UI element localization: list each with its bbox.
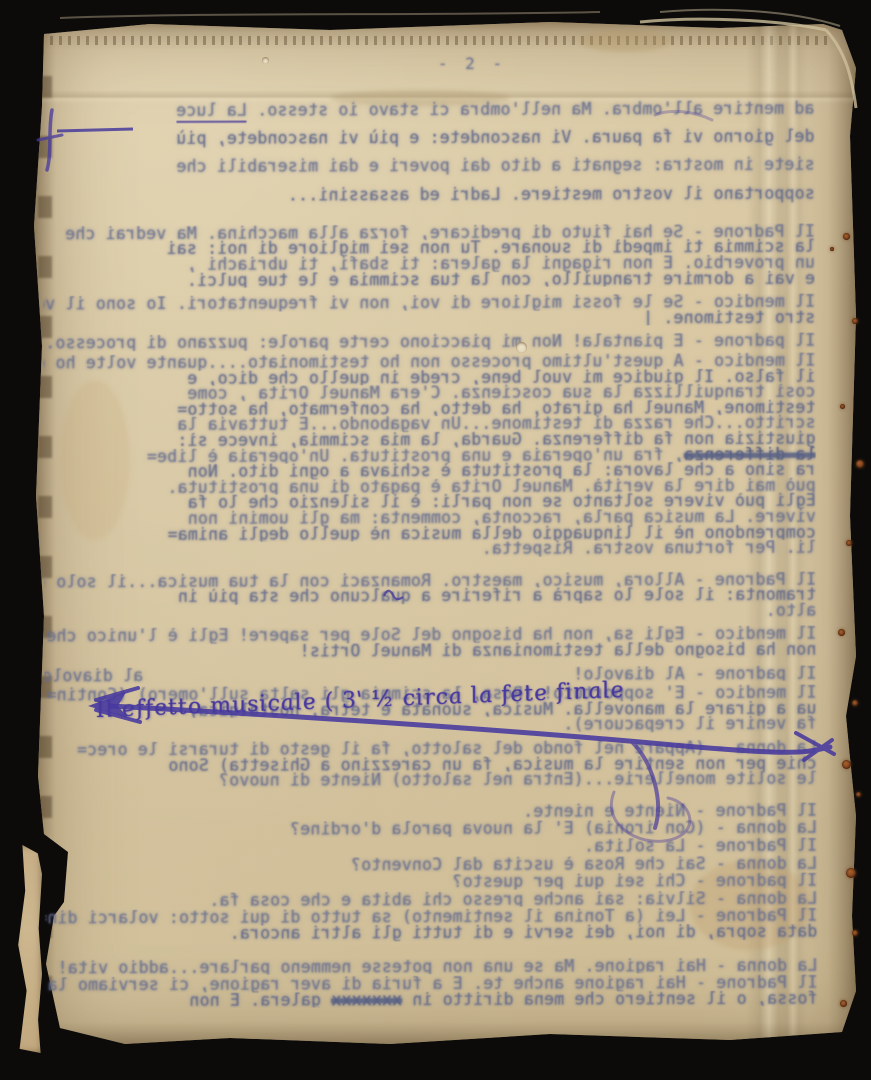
typed-line: alto.	[44, 603, 816, 621]
typed-line: siete in mostra: segnati a dito dai pove…	[43, 151, 815, 182]
wormhole	[852, 318, 858, 324]
typed-run: siete in mostra: segnati a dito dai pove…	[176, 155, 814, 176]
typed-line: sopportano il vostro mestiere. Ladri ed …	[43, 179, 815, 210]
dialogue-block: Il Padrone - Lei (a Tonina il sentimento…	[45, 908, 817, 942]
wormhole	[852, 930, 858, 936]
typed-run: del giorno vi fa paura. Vi nascondete: e…	[176, 127, 814, 148]
dialogue-block: La donna - Silvia: sai anche presso chi …	[45, 890, 817, 908]
speaker-label: Il Padrone -	[685, 802, 817, 819]
struck-word: xxxxxxx	[331, 990, 402, 1008]
dialogue-block: Il padrone - È piantala! Non mi piaccion…	[43, 333, 815, 351]
dialogue-block: Il mendico - Se le fossi migliore di voi…	[43, 294, 815, 328]
typed-line: La donna - Sai che Rosa è uscita dal Con…	[45, 855, 817, 873]
underlined-phrase: tuttavia la	[177, 415, 289, 433]
dialogue-block: Il Padrone - Allora, musico, maestro. Ro…	[44, 571, 816, 620]
dialogue-block: La donna - (Con ironia) E' la nuova paro…	[45, 820, 817, 838]
typed-run: Chi sei qui per questo?	[452, 873, 685, 891]
wormhole	[838, 629, 845, 636]
paper-hole	[262, 57, 269, 64]
typed-line: Il padrone - Chi sei qui per questo?	[45, 873, 817, 891]
paper-hole	[516, 342, 527, 353]
typed-run: fa venire il crepacuore).	[563, 716, 816, 734]
typed-line: e vai a dormire tranquillo, con la tua s…	[43, 270, 815, 288]
typed-run: e vai a dormire tranquillo, con la tua s…	[187, 270, 815, 288]
page-number: - 2 -	[432, 54, 512, 73]
speaker-label: Il padrone -	[685, 873, 817, 890]
wormhole	[856, 792, 861, 797]
typed-text: ad mentire all'ombra. Ma nell'ombra ci s…	[42, 95, 817, 1009]
typed-run: li. Per fortuna vostra. Rispetta.	[482, 540, 816, 558]
typed-run	[321, 990, 331, 1008]
typed-run: (Con ironia) E' la nuova parola d'ordine…	[290, 820, 706, 838]
wormhole	[830, 247, 834, 251]
typed-run: La solita.	[584, 838, 685, 856]
typed-run: tramonta: il sole lo saprà a riferire a …	[320, 587, 817, 605]
typed-line: Il padrone - È piantala! Non mi piaccion…	[43, 333, 815, 351]
typed-run: data sopra, di noi, dei servi e di tutti…	[230, 924, 818, 942]
underlined-phrase: Io sono il vo=	[43, 294, 166, 312]
wormhole	[846, 868, 856, 878]
dialogue-block: La donna - Sai che Rosa è uscita dal Con…	[45, 855, 817, 873]
speaker-label: La donna -	[706, 855, 818, 872]
typed-line: Il Padrone - Niente e niente.	[45, 802, 817, 820]
typed-run: al diavolo!	[44, 666, 143, 684]
underlined-phrase: che sta più in	[178, 587, 320, 605]
typed-line: fossa, o il sentiero che mena diritto in…	[46, 990, 818, 1008]
typed-run: sopportano il vostro mestiere. Ladri ed …	[288, 183, 815, 204]
speaker-label: Il Padrone -	[685, 838, 817, 855]
typed-run: Se le fossi migliore di voi, non vi freq…	[167, 294, 684, 312]
typed-line: data sopra, di noi, dei servi e di tutti…	[45, 924, 817, 942]
wormhole	[846, 540, 852, 546]
typed-run: Sai che Rosa è uscita dal Convento?	[351, 855, 706, 873]
speaker-label: La donna -	[706, 957, 818, 974]
wormhole	[840, 404, 845, 409]
dialogue-block: Il Padrone - Hai ragione anche te. È a f…	[45, 975, 817, 1009]
wormhole	[842, 760, 851, 769]
dialogue-block: Il padrone - Chi sei qui per questo?	[45, 873, 817, 891]
wormhole	[843, 233, 850, 240]
torn-paper-strip	[14, 845, 42, 1053]
typed-line: del giorno vi fa paura. Vi nascondete: e…	[43, 123, 815, 154]
underlined-phrase: ti sbafi, ti ubriachi	[207, 255, 420, 273]
typed-line: La donna - (Con ironia) E' la nuova paro…	[45, 820, 817, 838]
top-edge-deckle	[50, 36, 832, 45]
wormhole	[840, 1000, 847, 1007]
wormhole	[856, 460, 864, 468]
typed-line: non ha bisogno della testimonianza di Ma…	[44, 642, 816, 660]
typed-line: Il padrone - Al diavolo!al diavolo!	[44, 665, 816, 683]
typed-run: .	[45, 334, 55, 352]
typed-line: tramonta: il sole lo saprà a riferire a …	[44, 587, 816, 605]
speaker-label: Il padrone -	[683, 333, 815, 350]
struck-word: la differenza	[684, 446, 816, 463]
typed-run: le solite monellerie...(Entra nel salott…	[219, 771, 817, 789]
dialogue-block: Il Padrone - Niente e niente.	[45, 802, 817, 820]
typed-line: li. Per fortuna vostra. Rispetta.	[44, 540, 816, 558]
typed-line: le solite monellerie...(Entra nel salott…	[45, 771, 817, 789]
underlined-phrase: galera	[260, 990, 321, 1008]
typed-run: . È non	[189, 990, 260, 1008]
dialogue-block: Il mendico - Egli sa, non ha bisogno del…	[44, 626, 816, 660]
typed-run: ,	[187, 255, 207, 273]
speaker-label: Il padrone -	[685, 665, 817, 682]
dialogue-block: Il padrone - Al diavolo!al diavolo!	[44, 665, 816, 683]
typed-line: stro testimone. |	[43, 309, 815, 327]
typed-line: ad mentire all'ombra. Ma nell'ombra ci s…	[42, 95, 814, 126]
dialogue-block: La donna - (Appare nel fondo del salotto…	[45, 740, 817, 789]
dialogue-block: Il mendico - A quest'ultimo processo non…	[43, 353, 816, 558]
underlined-phrase: alto.	[766, 603, 817, 621]
underlined-phrase: di processo	[55, 333, 167, 351]
typed-line: Il Padrone - La solita.	[45, 838, 817, 856]
speaker-label: La donna -	[706, 890, 818, 907]
typed-run: È piantala! Non mi piacciono certe parol…	[167, 333, 684, 351]
typed-run: fossa, o il sentiero che mena diritto in	[402, 990, 818, 1008]
dialogue-block: La donna - Hai ragione. Ma se una non po…	[45, 957, 817, 975]
typed-run: non ha bisogno della testimonianza di Ma…	[299, 642, 816, 660]
typed-run: ad mentire all'ombra. Ma nell'ombra ci s…	[247, 99, 815, 120]
wormhole	[852, 700, 858, 706]
typed-line: La donna - Hai ragione. Ma se una non po…	[45, 957, 817, 975]
scanned-document-screenshot: { "page": { "number_label": "- 2 -", "de…	[0, 0, 871, 1080]
dialogue-block: Il Padrone - Se hai fiuto di predicare, …	[43, 223, 815, 288]
typed-run: Hai ragione. Ma se una non potesse nemme…	[57, 957, 706, 975]
dialogue-block: Il Padrone - La solita.	[45, 838, 817, 856]
speaker-label: La donna -	[705, 820, 817, 837]
underlined-phrase: se non parli	[441, 493, 563, 511]
underlined-phrase: è pagato di una prostituta.	[167, 477, 441, 495]
typed-run: : è il silenzio che lo fa	[187, 493, 440, 511]
typed-line: La donna - Silvia: sai anche presso chi …	[45, 890, 817, 908]
typed-run: stro testimone. |	[643, 309, 815, 327]
dialogue-block: ad mentire all'ombra. Ma nell'ombra ci s…	[42, 95, 814, 211]
typed-line: la differenza, fra un'operaia e una pros…	[44, 446, 816, 464]
typed-run: Niente e niente.	[523, 802, 685, 820]
underlined-phrase: La luce	[176, 101, 247, 123]
typed-run: Silvia: sai anche presso chi abita e che…	[209, 890, 706, 908]
